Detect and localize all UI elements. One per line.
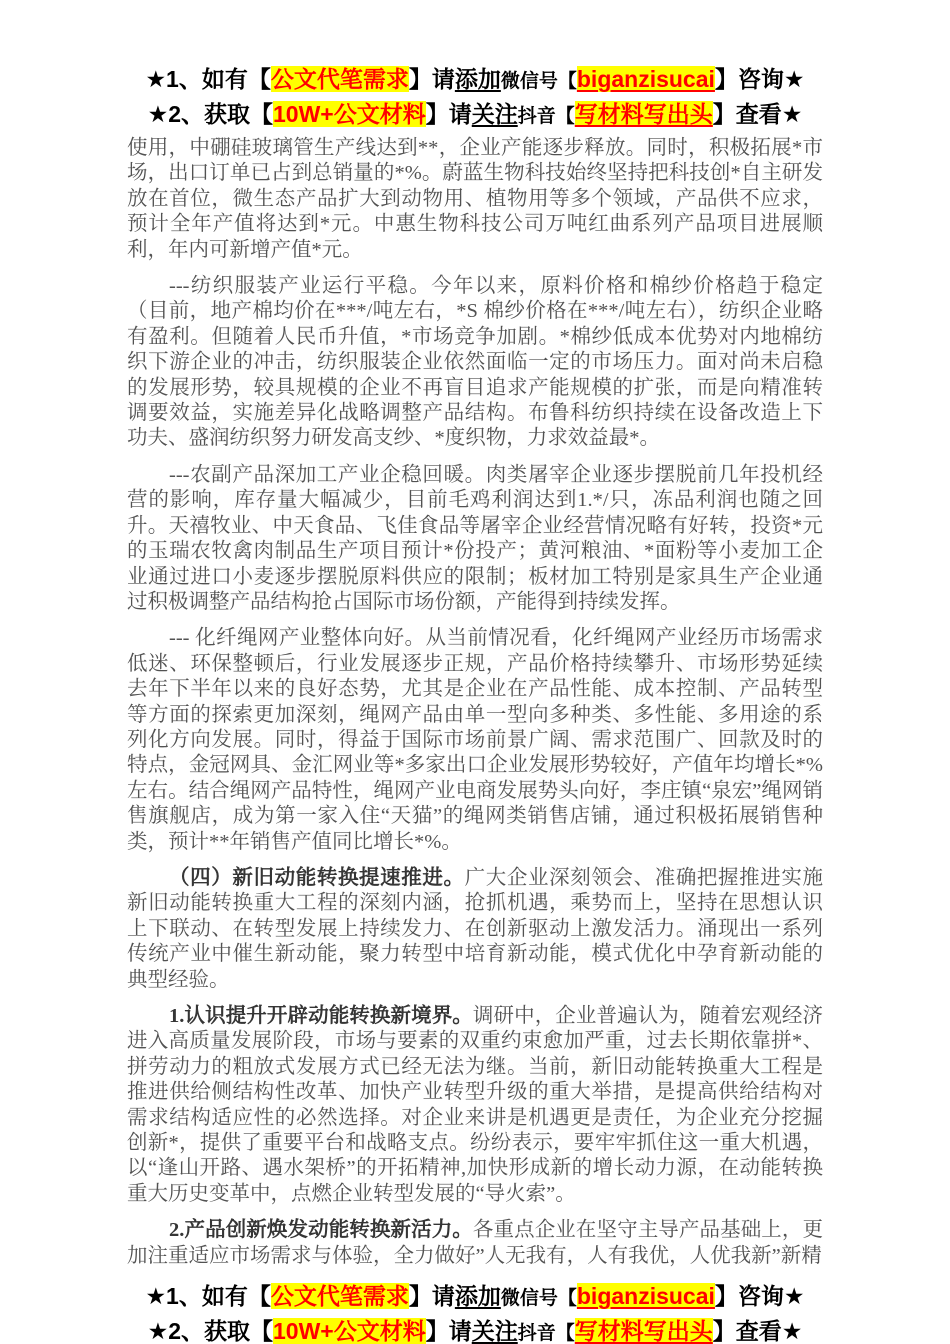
highlighted-term-writing-service: 公文代笔需求 bbox=[271, 66, 409, 92]
banner-text: ★2、获取【 bbox=[148, 1318, 273, 1344]
wechat-id: biganzisucai bbox=[577, 1283, 715, 1309]
paragraph-item-1-understanding: 1.认识提升开辟动能转换新境界。调研中，企业普遍认为，随着宏观经济进入高质量发展… bbox=[127, 1004, 823, 1207]
paragraph-textile-industry: ---纺织服装产业运行平稳。今年以来，原料价格和棉纱价格趋于稳定（目前，地产棉均… bbox=[127, 274, 823, 452]
highlighted-term-writing-service: 公文代笔需求 bbox=[271, 1283, 409, 1309]
paragraph-agricultural-processing: ---农副产品深加工产业企稳回暖。肉类屠宰企业逐步摆脱前几年投机经营的影响，库存… bbox=[127, 463, 823, 615]
highlighted-term-materials: 10W+公文材料 bbox=[273, 1318, 426, 1344]
wechat-id: biganzisucai bbox=[577, 66, 715, 92]
footer-banner-line-1: ★1、如有【公文代笔需求】请添加微信号【biganzisucai】咨询★ bbox=[127, 1280, 823, 1315]
header-banner-line-2: ★2、获取【10W+公文材料】请关注抖音【写材料写出头】查看★ bbox=[127, 98, 823, 133]
footer-banner-line-2: ★2、获取【10W+公文材料】请关注抖音【写材料写出头】查看★ bbox=[127, 1315, 823, 1344]
douyin-account: 写材料写出头 bbox=[575, 101, 713, 127]
banner-text-wechat: 微信号【 bbox=[501, 71, 577, 92]
banner-text: 】咨询★ bbox=[715, 66, 805, 92]
banner-text: 】请 bbox=[426, 101, 472, 127]
highlighted-term-materials: 10W+公文材料 bbox=[273, 101, 426, 127]
paragraph-rope-net-industry: --- 化纤绳网产业整体向好。从当前情况看，化纤绳网产业经历市场需求低迷、环保整… bbox=[127, 626, 823, 855]
banner-text-follow-underlined: 关注 bbox=[472, 101, 518, 127]
banner-text: ★2、获取【 bbox=[148, 101, 273, 127]
banner-text-add-underlined: 添加 bbox=[455, 66, 501, 92]
banner-text: 】请 bbox=[409, 1283, 455, 1309]
banner-text-douyin: 抖音【 bbox=[518, 106, 575, 127]
header-banner-line-1: ★1、如有【公文代笔需求】请添加微信号【biganzisucai】咨询★ bbox=[127, 63, 823, 98]
douyin-account: 写材料写出头 bbox=[575, 1318, 713, 1344]
paragraph-lead: 1.认识提升开辟动能转换新境界。 bbox=[169, 1005, 473, 1027]
header-ad-banner: ★1、如有【公文代笔需求】请添加微信号【biganzisucai】咨询★ ★2、… bbox=[127, 63, 823, 133]
paragraph-text: ---农副产品深加工产业企稳回暖。肉类屠宰企业逐步摆脱前几年投机经营的影响，库存… bbox=[127, 464, 823, 613]
paragraph-text: 调研中，企业普遍认为，随着宏观经济进入高质量发展阶段，市场与要素的双重约束愈加严… bbox=[127, 1005, 823, 1205]
banner-text: 】查看★ bbox=[713, 101, 803, 127]
banner-text-wechat: 微信号【 bbox=[501, 1288, 577, 1309]
banner-text: 】请 bbox=[426, 1318, 472, 1344]
banner-text-douyin: 抖音【 bbox=[518, 1323, 575, 1344]
document-page: ★1、如有【公文代笔需求】请添加微信号【biganzisucai】咨询★ ★2、… bbox=[0, 0, 950, 1344]
banner-text: 】查看★ bbox=[713, 1318, 803, 1344]
banner-text: 】请 bbox=[409, 66, 455, 92]
banner-text: 】咨询★ bbox=[715, 1283, 805, 1309]
banner-text: ★1、如有【 bbox=[145, 66, 270, 92]
paragraph-section-4-kinetic-energy: （四）新旧动能转换提速推进。广大企业深刻领会、准确把握推进实施新旧动能转换重大工… bbox=[127, 866, 823, 993]
paragraph-text: ---纺织服装产业运行平稳。今年以来，原料价格和棉纱价格趋于稳定（目前，地产棉均… bbox=[127, 275, 823, 449]
paragraph-lead: 2.产品创新焕发动能转换新活力。 bbox=[169, 1219, 473, 1241]
banner-text-follow-underlined: 关注 bbox=[472, 1318, 518, 1344]
paragraph-item-2-product-innovation: 2.产品创新焕发动能转换新活力。各重点企业在坚守主导产品基础上，更加注重适应市场… bbox=[127, 1218, 823, 1269]
banner-text: ★1、如有【 bbox=[145, 1283, 270, 1309]
paragraph-text: 使用，中硼硅玻璃管生产线达到**，企业产能逐步释放。同时，积极拓展*市场，出口订… bbox=[127, 137, 823, 261]
footer-ad-banner: ★1、如有【公文代笔需求】请添加微信号【biganzisucai】咨询★ ★2、… bbox=[127, 1280, 823, 1344]
paragraph-lead: （四）新旧动能转换提速推进。 bbox=[169, 867, 465, 889]
paragraph-text: --- 化纤绳网产业整体向好。从当前情况看，化纤绳网产业经历市场需求低迷、环保整… bbox=[127, 627, 823, 852]
paragraph-continuation: 使用，中硼硅玻璃管生产线达到**，企业产能逐步释放。同时，积极拓展*市场，出口订… bbox=[127, 136, 823, 263]
banner-text-add-underlined: 添加 bbox=[455, 1283, 501, 1309]
document-body: 使用，中硼硅玻璃管生产线达到**，企业产能逐步释放。同时，积极拓展*市场，出口订… bbox=[127, 136, 823, 1269]
